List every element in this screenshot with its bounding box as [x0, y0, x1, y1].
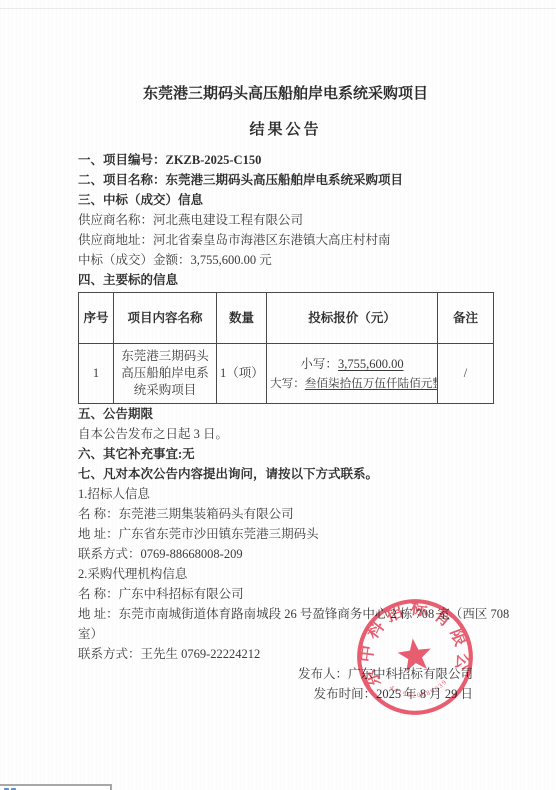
agency-address: 地 址：东莞市南城街道体育路南城段 26 号盈锋商务中心 2 栋 708 室（西… [78, 604, 493, 644]
document-subtitle: 结果公告 [78, 120, 493, 140]
document-content: 东莞港三期码头高压船舶岸电系统采购项目 结果公告 一、项目编号：ZKZB-202… [78, 80, 493, 704]
cell-remark: / [438, 344, 494, 404]
cell-item-name: 东莞港三期码头高压船舶岸电系统采购项目 [114, 344, 217, 404]
cell-quantity: 1（项） [217, 344, 267, 404]
header-quantity: 数量 [217, 293, 267, 344]
cell-bid-price: 小写：3,755,600.00 大写：叁佰柒拾伍万伍仟陆佰元整 [267, 344, 438, 404]
award-amount: 中标（成交）金额：3,755,600.00 元 [78, 250, 493, 270]
announcement-period-body: 自本公告发布之日起 3 日。 [78, 424, 493, 444]
supplier-address: 供应商地址：河北省秦皇岛市海港区东港镇大高庄村村南 [78, 230, 493, 250]
agency-address-line2: 室） [78, 624, 493, 644]
section-main-subject: 四、主要标的信息 [78, 270, 493, 290]
header-item-name: 项目内容名称 [114, 293, 217, 344]
agency-label: 2.采购代理机构信息 [78, 564, 493, 584]
price-numeric-line: 小写：3,755,600.00 [270, 355, 434, 374]
section-announcement-period: 五、公告期限 [78, 404, 493, 424]
price-words-line: 大写：叁佰柒拾伍万伍仟陆佰元整 [270, 374, 434, 393]
publish-date-line: 发布时间：2025 年 8 月 29 日 [78, 684, 473, 704]
header-remark: 备注 [438, 293, 494, 344]
table-row: 1 东莞港三期码头高压船舶岸电系统采购项目 1（项） 小写：3,755,600.… [79, 344, 494, 404]
publish-block: 发布人：广东中科招标有限公司 发布时间：2025 年 8 月 29 日 [78, 664, 493, 704]
header-serial-no: 序号 [79, 293, 114, 344]
agency-address-line1: 地 址：东莞市南城街道体育路南城段 26 号盈锋商务中心 2 栋 708 室（西… [78, 604, 493, 624]
price-words-value: 叁佰柒拾伍万伍仟陆佰元整 [305, 377, 438, 390]
section-contact-intro: 七、凡对本次公告内容提出询问，请按以下方式联系。 [78, 464, 493, 484]
section-project-number: 一、项目编号：ZKZB-2025-C150 [78, 150, 493, 170]
tenderer-name: 名 称：东莞港三期集装箱码头有限公司 [78, 504, 493, 524]
bid-result-table: 序号 项目内容名称 数量 投标报价（元） 备注 1 东莞港三期码头高压船舶岸电系… [78, 292, 494, 404]
supplier-name: 供应商名称：河北燕电建设工程有限公司 [78, 210, 493, 230]
cell-serial-no: 1 [79, 344, 114, 404]
section-award-info: 三、中标（成交）信息 [78, 190, 493, 210]
browser-popup-fragment[interactable] [0, 784, 112, 790]
scan-edge-line [0, 8, 556, 9]
publisher-line: 发布人：广东中科招标有限公司 [78, 664, 473, 684]
tenderer-label: 1.招标人信息 [78, 484, 493, 504]
tenderer-contact: 联系方式：0769-88668008-209 [78, 544, 493, 564]
table-header-row: 序号 项目内容名称 数量 投标报价（元） 备注 [79, 293, 494, 344]
price-numeric-value: 3,755,600.00 [338, 357, 404, 371]
section-project-name: 二、项目名称：东莞港三期码头高压船舶岸电系统采购项目 [78, 170, 493, 190]
agency-name: 名 称：广东中科招标有限公司 [78, 584, 493, 604]
document-title: 东莞港三期码头高压船舶岸电系统采购项目 [78, 80, 493, 104]
section-other-matters: 六、其它补充事宜:无 [78, 444, 493, 464]
header-bid-price: 投标报价（元） [267, 293, 438, 344]
tenderer-address: 地 址：广东省东莞市沙田镇东莞港三期码头 [78, 524, 493, 544]
agency-contact: 联系方式：王先生 0769-22224212 [78, 644, 493, 664]
announcement-document-page: 东莞港三期码头高压船舶岸电系统采购项目 结果公告 一、项目编号：ZKZB-202… [0, 0, 556, 790]
